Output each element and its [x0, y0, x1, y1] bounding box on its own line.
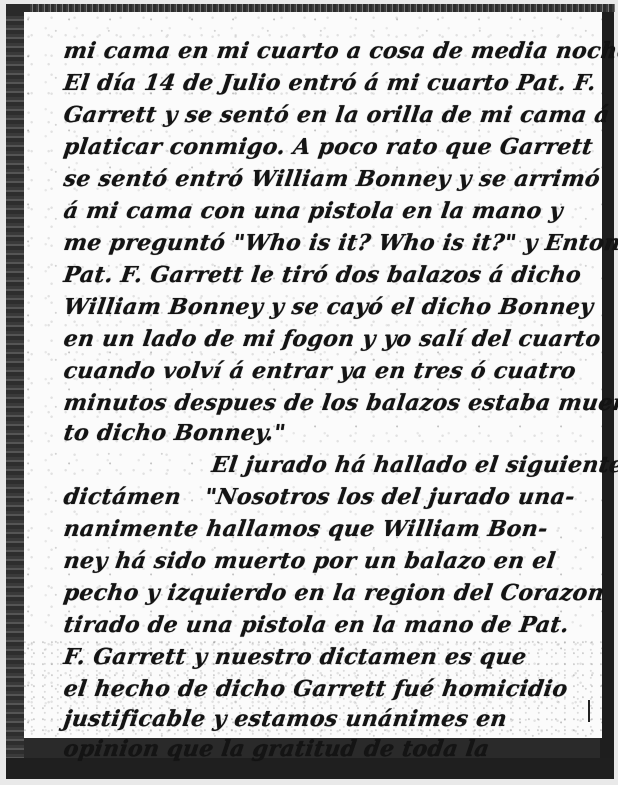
text-line: se sentó entró William Bonney y se arrim…	[62, 166, 602, 192]
text-line: El día 14 de Julio entró á mi cuarto Pat…	[62, 70, 602, 96]
text-line: Garrett y se sentó en la orilla de mi ca…	[62, 102, 602, 128]
scan-top-edge	[30, 4, 615, 12]
text-line: El jurado há hallado el siguiente	[210, 452, 602, 478]
text-line: el hecho de dicho Garrett fué homicidio	[62, 676, 602, 702]
text-line: William Bonney y se cayó el dicho Bonney	[62, 294, 602, 320]
text-line: justificable y estamos unánimes en	[62, 706, 602, 732]
text-line: nanimente hallamos que William Bon-	[62, 516, 602, 542]
text-line: tirado de una pistola en la mano de Pat.	[62, 612, 602, 638]
text-line: ney há sido muerto por un balazo en el	[62, 548, 602, 574]
text-line: pecho y izquierdo en la region del Coraz…	[62, 580, 602, 606]
text-line: platicar conmigo. A poco rato que Garret…	[62, 134, 602, 160]
text-line: dictámen "Nosotros los del jurado una-	[62, 484, 602, 510]
text-line: opinion que la gratitud de toda la	[62, 736, 602, 762]
scan-left-edge	[6, 16, 24, 779]
text-line: cuando volví á entrar ya en tres ó cuatr…	[62, 358, 602, 384]
text-line: en un lado de mi fogon y yo salí del cua…	[62, 326, 602, 352]
text-line: á mi cama con una pistola en la mano y	[62, 198, 602, 224]
text-line: to dicho Bonney."	[62, 420, 602, 446]
text-line: me preguntó "Who is it? Who is it?" y En…	[62, 230, 602, 256]
text-line: Pat. F. Garrett le tiró dos balazos á di…	[62, 262, 602, 288]
text-line: minutos despues de los balazos estaba mu…	[62, 390, 602, 416]
text-line: F. Garrett y nuestro dictamen es que	[62, 644, 602, 670]
text-line: mi cama en mi cuarto a cosa de media noc…	[62, 38, 602, 64]
